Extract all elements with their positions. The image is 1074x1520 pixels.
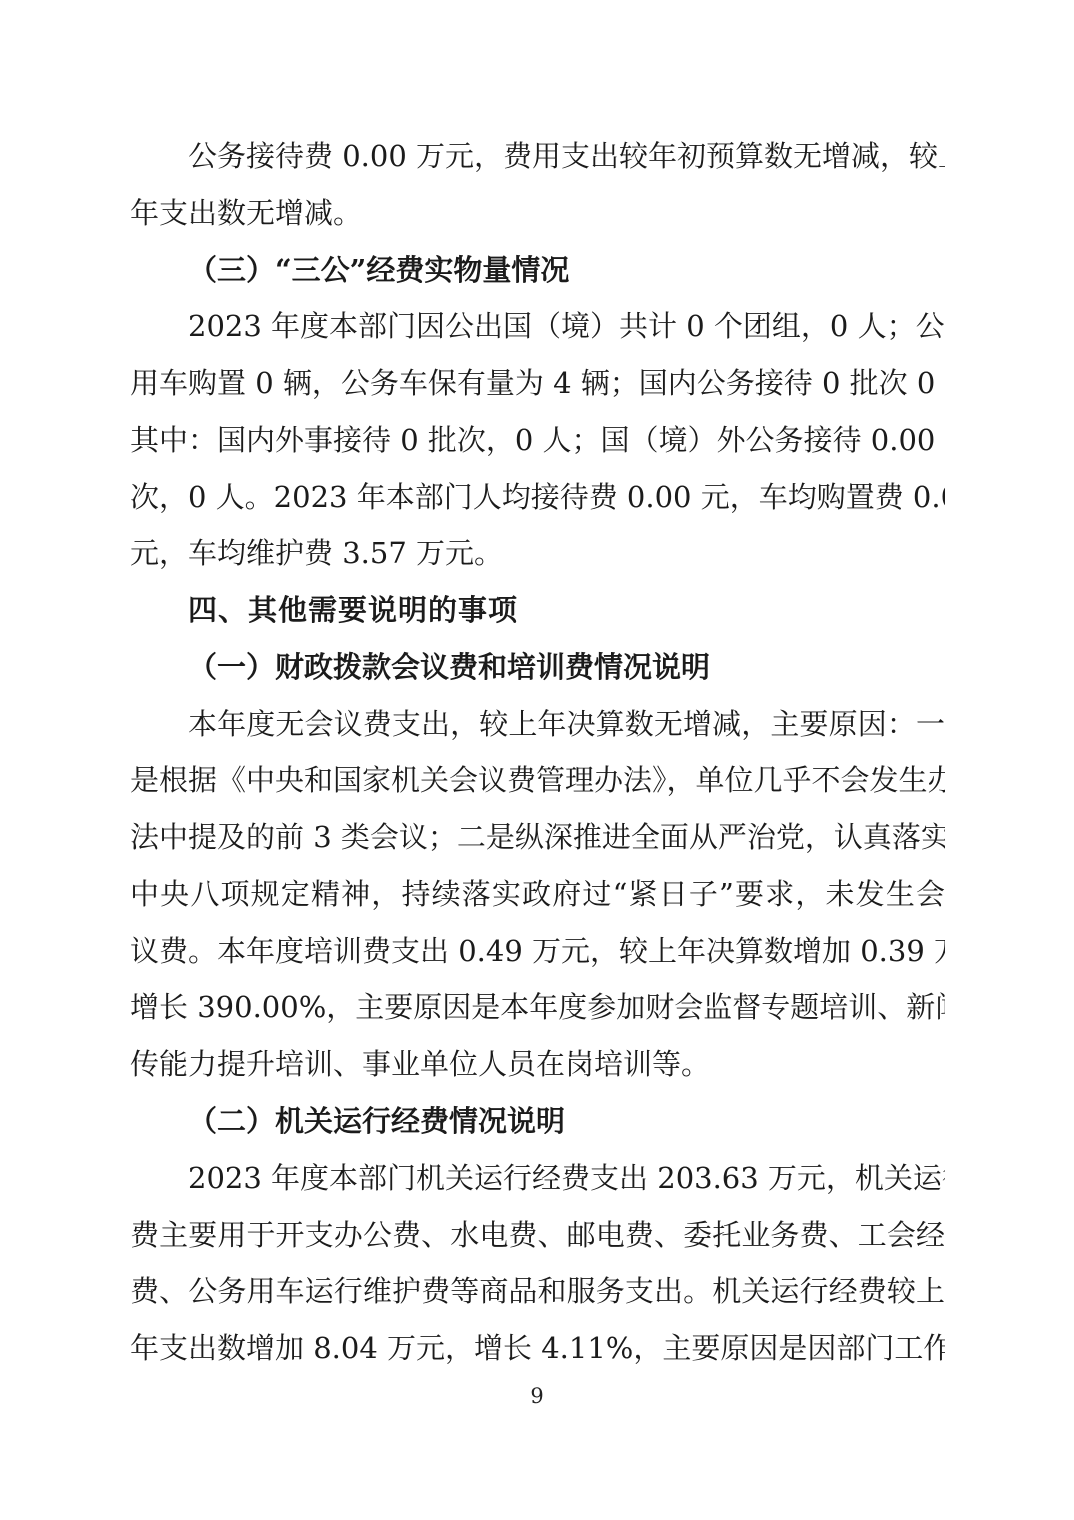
page-number: 9 [0, 1380, 1074, 1412]
section-heading-meeting-training-fees: （一）财政拨款会议费和培训费情况说明 [130, 639, 945, 696]
text-line: 其中：国内外事接待 0 批次，0 人；国（境）外公务接待 0.00 批 [130, 412, 945, 469]
text-line: 年支出数增加 8.04 万元，增长 4.11%，主要原因是因部门工作需 [130, 1320, 945, 1377]
text-line: 费主要用于开支办公费、水电费、邮电费、委托业务费、工会经 [130, 1207, 945, 1264]
text-line: 2023 年度本部门机关运行经费支出 203.63 万元，机关运行经 [130, 1150, 945, 1207]
section-heading-operating-expenses: （二）机关运行经费情况说明 [130, 1093, 945, 1150]
text-line: 年支出数无增减。 [130, 185, 945, 242]
text-line: 传能力提升培训、事业单位人员在岗培训等。 [130, 1036, 945, 1093]
text-line: 公务接待费 0.00 万元，费用支出较年初预算数无增减，较上 [130, 128, 945, 185]
text-line: 2023 年度本部门因公出国（境）共计 0 个团组，0 人；公务 [130, 298, 945, 355]
text-line: 是根据《中央和国家机关会议费管理办法》，单位几乎不会发生办 [130, 752, 945, 809]
text-line: 中央八项规定精神，持续落实政府过“紧日子”要求，未发生会 [130, 866, 945, 923]
text-line: 议费。本年度培训费支出 0.49 万元，较上年决算数增加 0.39 万元， [130, 923, 945, 980]
text-line: 元，车均维护费 3.57 万元。 [130, 525, 945, 582]
text-line: 增长 390.00%，主要原因是本年度参加财会监督专题培训、新闻宣 [130, 979, 945, 1036]
text-line: 费、公务用车运行维护费等商品和服务支出。机关运行经费较上 [130, 1263, 945, 1320]
document-page: 公务接待费 0.00 万元，费用支出较年初预算数无增减，较上 年支出数无增减。 … [0, 0, 1074, 1520]
text-line: 用车购置 0 辆，公务车保有量为 4 辆；国内公务接待 0 批次 0 人， [130, 355, 945, 412]
text-line: 本年度无会议费支出，较上年决算数无增减，主要原因：一 [130, 696, 945, 753]
section-heading-three-public-funds: （三）“三公”经费实物量情况 [130, 242, 945, 299]
document-body: 公务接待费 0.00 万元，费用支出较年初预算数无增减，较上 年支出数无增减。 … [130, 128, 945, 1377]
section-heading-other-matters: 四、其他需要说明的事项 [130, 582, 945, 639]
text-line: 次，0 人。2023 年本部门人均接待费 0.00 元，车均购置费 0.00 万 [130, 469, 945, 526]
text-line: 法中提及的前 3 类会议；二是纵深推进全面从严治党，认真落实 [130, 809, 945, 866]
